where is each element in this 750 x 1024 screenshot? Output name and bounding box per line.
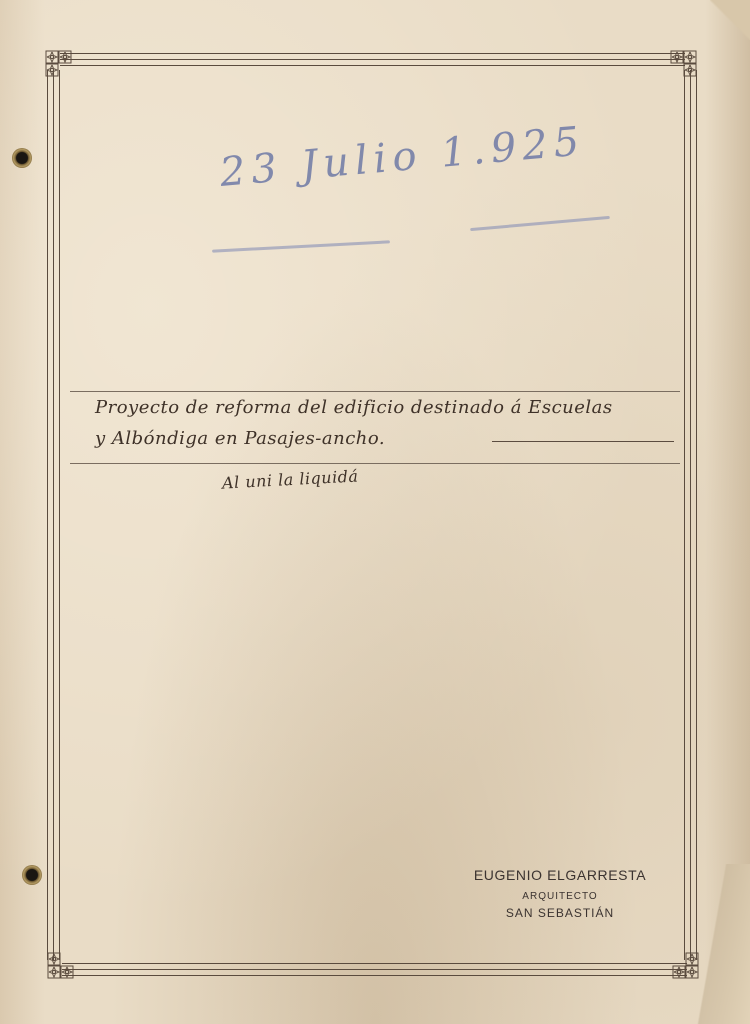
- project-title-line-1: Proyecto de reforma del edificio destina…: [95, 397, 613, 418]
- grommet-hole-top: [12, 148, 32, 168]
- architect-city: SAN SEBASTIÁN: [460, 906, 660, 920]
- corner-ornament-icon: [47, 952, 75, 980]
- pencil-underline: [212, 240, 390, 252]
- project-title-line-2: y Albóndiga en Pasajes-ancho.: [95, 428, 385, 449]
- corner-ornament-icon: [45, 50, 73, 78]
- title-rule-top: [70, 391, 680, 392]
- pencil-underline: [470, 216, 610, 231]
- corner-ornament-icon: [670, 50, 698, 78]
- title-rule-bottom: [70, 463, 680, 464]
- torn-edge: [690, 864, 750, 1024]
- pencil-date-note: 23 Julio 1.925: [218, 118, 587, 196]
- fill-line: [492, 441, 674, 442]
- architect-title: ARQUITECTO: [460, 891, 660, 902]
- corner-ornament-icon: [672, 952, 700, 980]
- architect-name: EUGENIO ELGARRESTA: [460, 867, 660, 883]
- handwritten-annotation: Al uni la liquidá: [222, 466, 359, 492]
- folded-corner: [710, 0, 750, 40]
- grommet-hole-bottom: [22, 865, 42, 885]
- folder-cover-sheet: 23 Julio 1.925 Proyecto de reforma del e…: [0, 0, 750, 1024]
